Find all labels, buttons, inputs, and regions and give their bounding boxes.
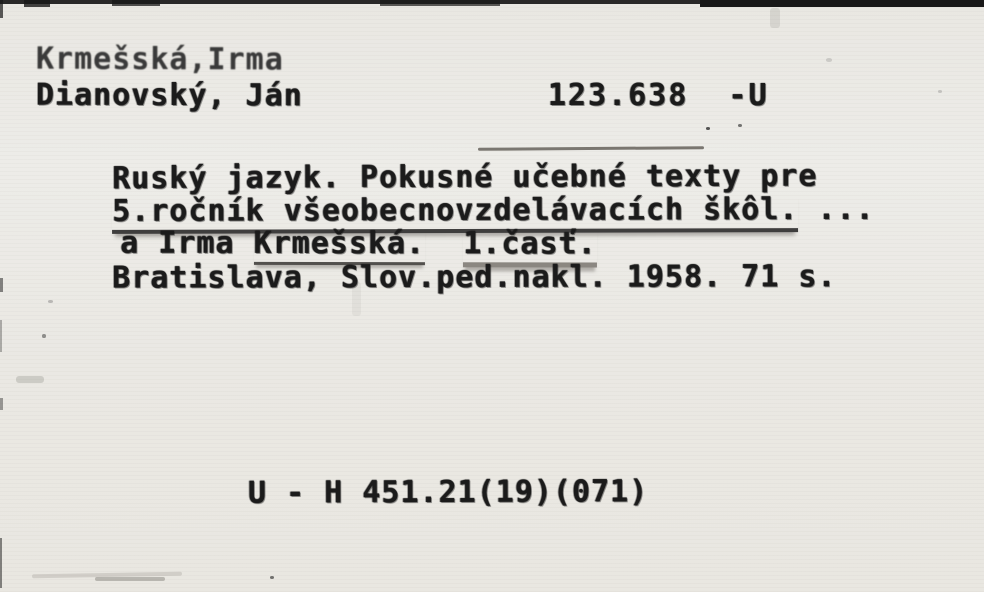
title-line-2-after: ...: [798, 191, 874, 226]
smudge-left: [16, 376, 44, 383]
scan-top-edge-bump-3: [380, 0, 500, 6]
classification-number: U - H 451.21(19)(071): [248, 476, 648, 509]
scan-top-edge-thick-right: [700, 0, 984, 7]
imprint-line: Bratislava, Slov.ped.nakl. 1958. 71 s.: [36, 229, 837, 325]
accession-number: 123.638 -U: [548, 80, 769, 112]
catalog-card-scan: Krmešská,Irma Dianovský, Ján 123.638 -U …: [0, 0, 984, 592]
imprint-text: Bratislava, Slov.ped.nakl. 1958. 71 s.: [112, 259, 836, 295]
scan-left-nick-2: [0, 320, 2, 352]
ink-speck-3: [42, 334, 46, 338]
smudge-bottom-left-2: [95, 577, 165, 581]
scan-top-edge-bump-1: [24, 0, 50, 7]
scan-top-edge-bump-2: [112, 0, 160, 6]
scan-left-nick-1: [0, 278, 3, 292]
secondary-author-heading: Krmešská,Irma: [36, 44, 284, 76]
ink-speck-7: [938, 90, 942, 93]
scan-corner-nick: [0, 0, 3, 18]
faint-smudge-top-right: [770, 8, 780, 28]
ink-speck-4: [48, 300, 53, 303]
main-author-heading: Dianovský, Ján: [36, 80, 303, 112]
ink-speck-1: [706, 127, 710, 130]
ink-speck-6: [826, 58, 832, 62]
scan-left-nick-3: [0, 398, 3, 410]
faint-vertical-smudge: [352, 282, 361, 316]
ink-speck-2: [738, 124, 742, 127]
ink-speck-5: [270, 576, 274, 579]
scan-left-nick-4: [0, 538, 2, 588]
